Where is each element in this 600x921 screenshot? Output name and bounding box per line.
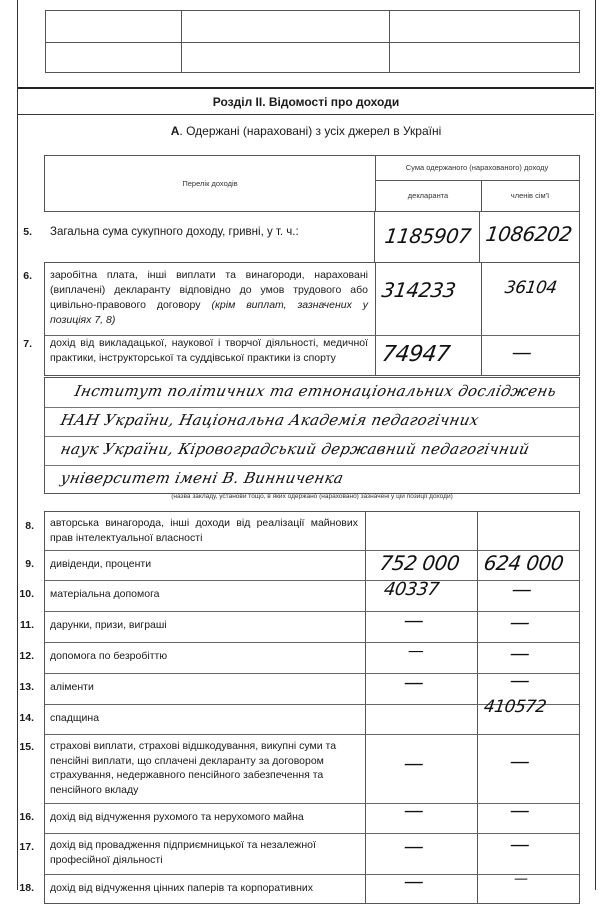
table-row-12: 12. допомога по безробіттю — — bbox=[0, 641, 600, 672]
subsection-title: А. Одержані (нараховані) з усіх джерел в… bbox=[18, 120, 594, 142]
table-divider bbox=[389, 11, 390, 72]
writing-line bbox=[45, 465, 579, 466]
institution-line: наук України, Кіровоградський державний … bbox=[59, 440, 531, 458]
declarant-value: — bbox=[402, 608, 425, 632]
declarant-value: 314233 bbox=[380, 278, 457, 302]
institution-line: університет імені В. Винниченка bbox=[59, 469, 345, 487]
family-value: — bbox=[508, 668, 531, 692]
income-table-header: Перелік доходів Сума одержаного (нарахов… bbox=[44, 155, 580, 212]
family-value: — bbox=[508, 749, 531, 773]
section-title: Розділ II. Відомості про доходи bbox=[18, 87, 594, 115]
row-label: дохід від викладацької, наукової і творч… bbox=[50, 336, 368, 366]
table-row-17: 17. дохід від провадження підприємницько… bbox=[0, 832, 600, 873]
declarant-value: — bbox=[407, 641, 425, 660]
table-divider bbox=[181, 11, 182, 72]
writing-line bbox=[45, 436, 579, 437]
declarant-value: 74947 bbox=[380, 342, 451, 367]
row-label: страхові виплати, страхові відшкодування… bbox=[50, 739, 350, 797]
row-number: 15. bbox=[14, 741, 34, 753]
table-divider bbox=[46, 42, 579, 43]
row-label: дивіденди, проценти bbox=[50, 557, 151, 572]
institutions-box: Інститут політичних та етнонаціональних … bbox=[44, 377, 580, 494]
top-empty-table bbox=[45, 10, 580, 73]
family-value: — bbox=[508, 641, 531, 665]
row-number: 6. bbox=[12, 270, 32, 282]
table-row-8: 8. авторська винагорода, інші доходи від… bbox=[0, 511, 600, 549]
row-label: заробітна плата, інші виплати та винагор… bbox=[50, 268, 368, 328]
table-row-11: 11. дарунки, призи, виграші — — bbox=[0, 610, 600, 641]
row-label: дохід від відчуження рухомого та нерухом… bbox=[50, 810, 304, 825]
table-row-10: 10. матеріальна допомога 40337 — bbox=[0, 579, 600, 610]
table-row-14: 14. спадщина 410572 bbox=[0, 703, 600, 733]
family-value: — bbox=[508, 798, 531, 822]
row-number: 5. bbox=[12, 226, 32, 238]
row-label: авторська винагорода, інші доходи від ре… bbox=[50, 516, 358, 546]
family-value: 410572 bbox=[483, 697, 548, 717]
table-row-9: 9. дивіденди, проценти 752 000 624 000 bbox=[0, 549, 600, 579]
row-number: 16. bbox=[14, 811, 34, 823]
row-number: 18. bbox=[14, 882, 34, 894]
table-row-5: 5. Загальна сума сукупного доходу, гривн… bbox=[0, 212, 600, 262]
row-label: допомога по безробіттю bbox=[50, 649, 167, 664]
institution-line: Інститут політичних та етнонаціональних … bbox=[73, 382, 558, 400]
row-label: дохід від провадження підприємницької та… bbox=[50, 838, 360, 868]
table-row-15: 15. страхові виплати, страхові відшкодув… bbox=[0, 733, 600, 802]
header-declarant: декларанта bbox=[375, 180, 482, 211]
declarant-value: 1185907 bbox=[383, 224, 472, 248]
family-value: — bbox=[510, 340, 533, 364]
header-family: членів сім'ї bbox=[481, 180, 579, 211]
row-label: Загальна сума сукупного доходу, гривні, … bbox=[50, 225, 299, 240]
declarant-value: — bbox=[402, 670, 425, 694]
institution-line: НАН України, Національна Академія педаго… bbox=[59, 411, 480, 429]
family-value: — bbox=[508, 832, 531, 856]
header-sum-group: Сума одержаного (нарахованого) доходу bbox=[375, 156, 579, 181]
table-row-7: 7. дохід від викладацької, наукової і тв… bbox=[0, 334, 600, 376]
family-value: — bbox=[513, 871, 529, 887]
row-number: 7. bbox=[12, 338, 32, 350]
declarant-cell: 1185907 bbox=[374, 212, 480, 262]
declarant-value: — bbox=[402, 834, 425, 858]
row-number: 9. bbox=[14, 558, 34, 570]
family-value: 1086202 bbox=[484, 222, 573, 246]
row-number: 17. bbox=[14, 841, 34, 853]
family-value: 624 000 bbox=[482, 551, 565, 575]
row-label: дохід від відчуження цінних паперів та к… bbox=[50, 881, 313, 896]
row-label: аліменти bbox=[50, 680, 94, 695]
family-value: — bbox=[510, 577, 533, 601]
row-label: матеріальна допомога bbox=[50, 587, 160, 602]
table-row-18: 18. дохід від відчуження цінних паперів … bbox=[0, 873, 600, 904]
institutions-caption: (назва закладу, установи тощо, в яких од… bbox=[44, 493, 580, 500]
row-number: 8. bbox=[14, 520, 34, 532]
row-label: спадщина bbox=[50, 711, 99, 726]
family-value: 36104 bbox=[504, 278, 558, 298]
declarant-value: — bbox=[402, 751, 425, 775]
row-label: дарунки, призи, виграші bbox=[50, 618, 167, 633]
family-value: — bbox=[508, 610, 531, 634]
header-income-list: Перелік доходів bbox=[45, 156, 376, 211]
row-number: 12. bbox=[14, 650, 34, 662]
table-row-16: 16. дохід від відчуження рухомого та нер… bbox=[0, 802, 600, 832]
declarant-value: — bbox=[402, 869, 425, 893]
row-number: 13. bbox=[14, 681, 34, 693]
row-number: 10. bbox=[14, 588, 34, 600]
writing-line bbox=[45, 407, 579, 408]
row-number: 11. bbox=[14, 619, 34, 631]
subsection-text: . Одержані (нараховані) з усіх джерел в … bbox=[179, 124, 441, 138]
family-cell: 1086202 bbox=[480, 212, 580, 262]
row-number: 14. bbox=[14, 712, 34, 724]
declarant-value: 752 000 bbox=[378, 551, 461, 575]
table-row-6: 6. заробітна плата, інші виплати та вина… bbox=[0, 262, 600, 334]
declarant-value: — bbox=[402, 798, 425, 822]
declarant-value: 40337 bbox=[383, 579, 441, 600]
